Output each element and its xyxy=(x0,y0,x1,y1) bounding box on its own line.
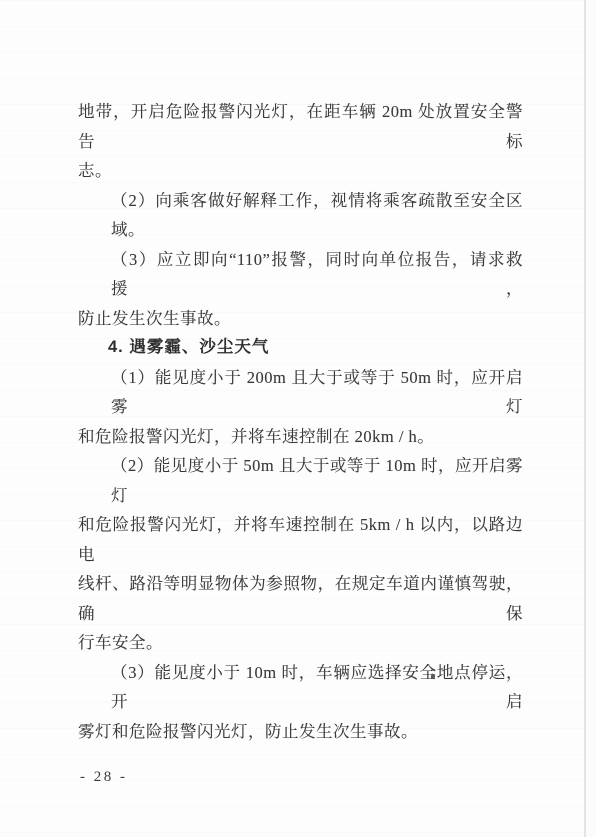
text-line: （2）向乘客做好解释工作，视情将乘客疏散至安全区域。 xyxy=(78,186,523,245)
text-line: （3）能见度小于 10m 时，车辆应选择安全地点停运，开启 xyxy=(78,658,523,717)
text-line: 线杆、路沿等明显物体为参照物，在规定车道内谨慎驾驶，确保 xyxy=(78,569,523,628)
scan-edge-line xyxy=(584,0,586,837)
document-page: 地带，开启危险报警闪光灯，在距车辆 20m 处放置安全警告标 志。 （2）向乘客… xyxy=(0,0,596,837)
text-line: 和危险报警闪光灯，并将车速控制在 5km / h 以内，以路边电 xyxy=(78,510,523,569)
page-number: - 28 - xyxy=(80,769,128,786)
text-line: 志。 xyxy=(78,156,523,186)
document-content: 地带，开启危险报警闪光灯，在距车辆 20m 处放置安全警告标 志。 （2）向乘客… xyxy=(78,97,523,746)
section-heading: 4. 遇雾霾、沙尘天气 xyxy=(78,333,523,363)
text-line: 和危险报警闪光灯，并将车速控制在 20km / h。 xyxy=(78,422,523,452)
text-line: （3）应立即向“110”报警，同时向单位报告，请求救援， xyxy=(78,245,523,304)
scan-speck xyxy=(431,674,436,680)
text-line: 行车安全。 xyxy=(78,628,523,658)
text-line: （2）能见度小于 50m 且大于或等于 10m 时，应开启雾灯 xyxy=(78,451,523,510)
scan-margin-strip xyxy=(586,0,596,837)
text-line: 雾灯和危险报警闪光灯，防止发生次生事故。 xyxy=(78,717,523,747)
text-line: 地带，开启危险报警闪光灯，在距车辆 20m 处放置安全警告标 xyxy=(78,97,523,156)
text-line: （1）能见度小于 200m 且大于或等于 50m 时，应开启雾灯 xyxy=(78,363,523,422)
text-line: 防止发生次生事故。 xyxy=(78,304,523,334)
